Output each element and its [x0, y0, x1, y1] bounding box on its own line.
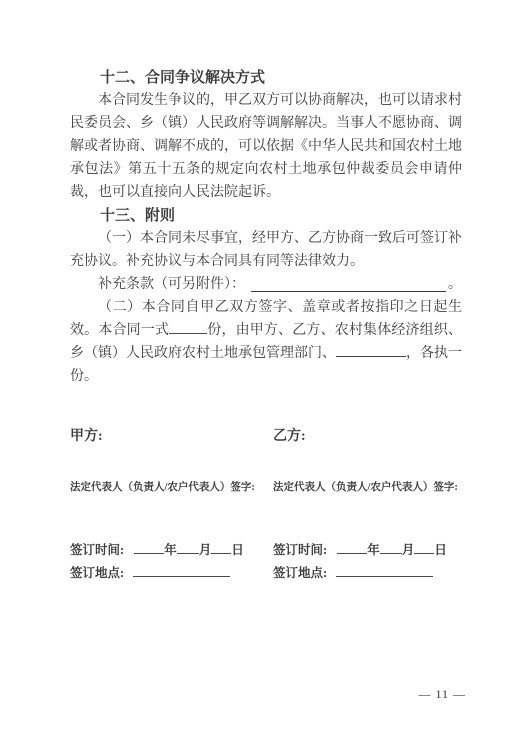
day-unit-label: 日	[434, 543, 447, 557]
supplement-terms-blank	[251, 291, 446, 292]
day-unit-label: 日	[231, 543, 244, 557]
other-holder-blank	[336, 344, 406, 357]
party-b-sign-place-label: 签订地点:	[273, 566, 327, 580]
party-b-year-blank	[337, 541, 367, 554]
month-unit-label: 月	[199, 543, 212, 557]
signature-block: 甲方: 法定代表人（负责人/农户代表人）签字: 签订时间: 年月日 签订地点: …	[70, 425, 462, 585]
annex-clause-2-paragraph: （二）本合同自甲乙双方签字、盖章或者按指印之日起生效。本合同一式份，由甲方、乙方…	[70, 296, 462, 388]
party-a-label: 甲方:	[70, 425, 273, 448]
party-a-place-blank	[133, 564, 230, 577]
supplement-terms-suffix: 。	[448, 273, 462, 296]
page-number: — 11 —	[418, 687, 466, 702]
party-b-signature-column: 乙方: 法定代表人（负责人/农户代表人）签字: 签订时间: 年月日 签订地点:	[273, 425, 462, 585]
party-b-representative-sign-label: 法定代表人（负责人/农户代表人）签字:	[273, 481, 462, 495]
party-a-sign-date-row: 签订时间: 年月日	[70, 539, 273, 562]
party-a-sign-place-label: 签订地点:	[70, 566, 124, 580]
party-a-year-blank	[134, 541, 164, 554]
party-a-sign-time-label: 签订时间:	[70, 543, 124, 557]
supplement-terms-label: 补充条款（可另附件）：	[98, 273, 245, 296]
year-unit-label: 年	[367, 543, 380, 557]
party-b-sign-date-row: 签订时间: 年月日	[273, 539, 462, 562]
party-a-day-blank	[211, 541, 231, 554]
party-b-sign-time-label: 签订时间:	[273, 543, 327, 557]
party-a-month-blank	[177, 541, 199, 554]
party-a-sign-place-row: 签订地点:	[70, 562, 273, 585]
party-b-place-blank	[336, 564, 433, 577]
section-13-heading: 十三、附则	[70, 204, 462, 227]
year-unit-label: 年	[164, 543, 177, 557]
party-b-label: 乙方:	[273, 425, 462, 448]
supplement-terms-line: 补充条款（可另附件）： 。	[70, 273, 462, 296]
party-b-day-blank	[414, 541, 434, 554]
party-b-month-blank	[380, 541, 402, 554]
dispute-resolution-paragraph: 本合同发生争议的，甲乙双方可以协商解决，也可以请求村民委员会、乡（镇）人民政府等…	[70, 89, 462, 204]
document-page: 十二、合同争议解决方式 本合同发生争议的，甲乙双方可以协商解决，也可以请求村民委…	[0, 0, 528, 741]
party-b-sign-place-row: 签订地点:	[273, 562, 462, 585]
copies-count-blank	[169, 321, 207, 334]
contract-body: 十二、合同争议解决方式 本合同发生争议的，甲乙双方可以协商解决，也可以请求村民委…	[0, 0, 528, 585]
annex-clause-1-paragraph: （一）本合同未尽事宜，经甲方、乙方协商一致后可签订补充协议。补充协议与本合同具有…	[70, 227, 462, 273]
party-a-representative-sign-label: 法定代表人（负责人/农户代表人）签字:	[70, 481, 273, 495]
party-a-signature-column: 甲方: 法定代表人（负责人/农户代表人）签字: 签订时间: 年月日 签订地点:	[70, 425, 273, 585]
month-unit-label: 月	[402, 543, 415, 557]
section-12-heading: 十二、合同争议解决方式	[70, 66, 462, 89]
